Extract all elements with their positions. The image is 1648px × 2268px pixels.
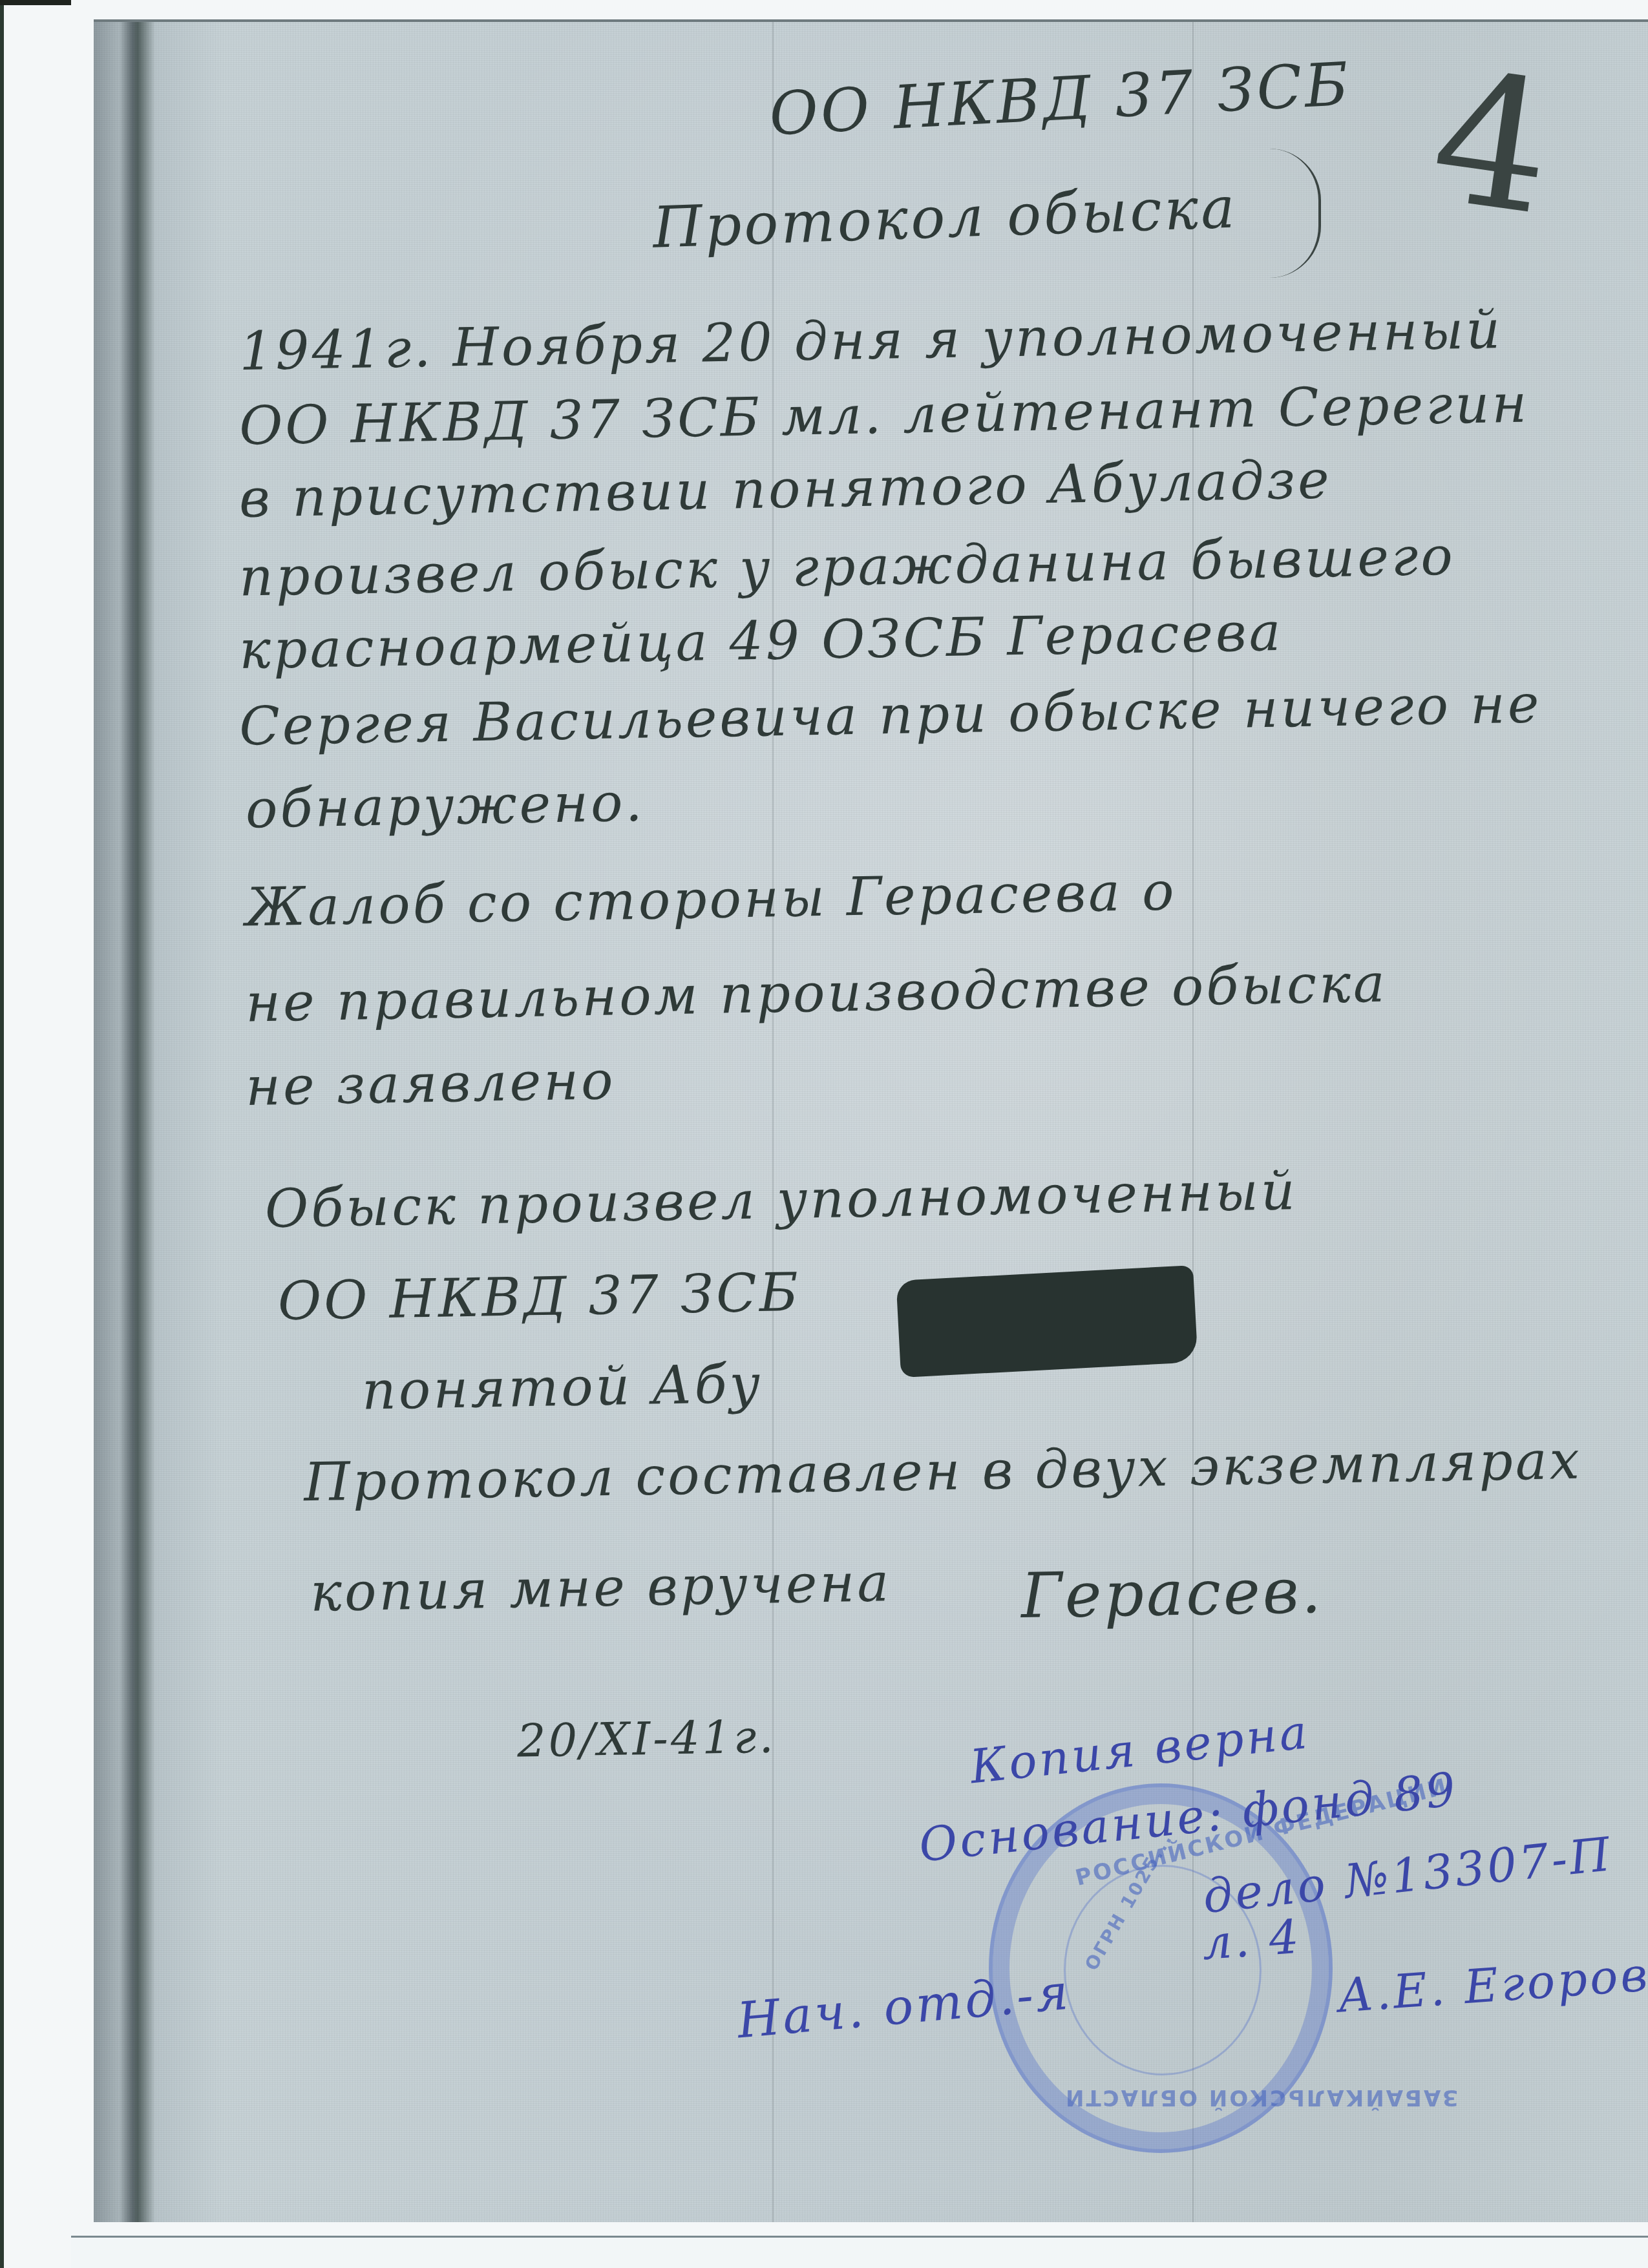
unit-line: ОО НКВД 37 ЗСБ bbox=[277, 1262, 801, 1332]
stamp-text-bottom: ЗАБАЙКАЛЬСКОЙ ОБЛАСТИ bbox=[1064, 2084, 1458, 2110]
scan-left-edge bbox=[0, 0, 4, 2268]
document-date: 20/XI-41г. bbox=[516, 1710, 776, 1768]
witness-line: понятой Абу bbox=[361, 1354, 763, 1422]
scan-bottom-margin bbox=[71, 2236, 1648, 2268]
body-line-10: не заявлено bbox=[245, 1050, 616, 1118]
scan-top-strip bbox=[0, 0, 71, 5]
sheet-number: л. 4 bbox=[1200, 1909, 1303, 1970]
copy-received-line: копия мне вручена bbox=[310, 1552, 892, 1624]
redacted-signature bbox=[896, 1265, 1198, 1378]
signer-signature: Герасев. bbox=[1020, 1555, 1324, 1632]
body-line-7: обнаружено. bbox=[245, 772, 645, 841]
